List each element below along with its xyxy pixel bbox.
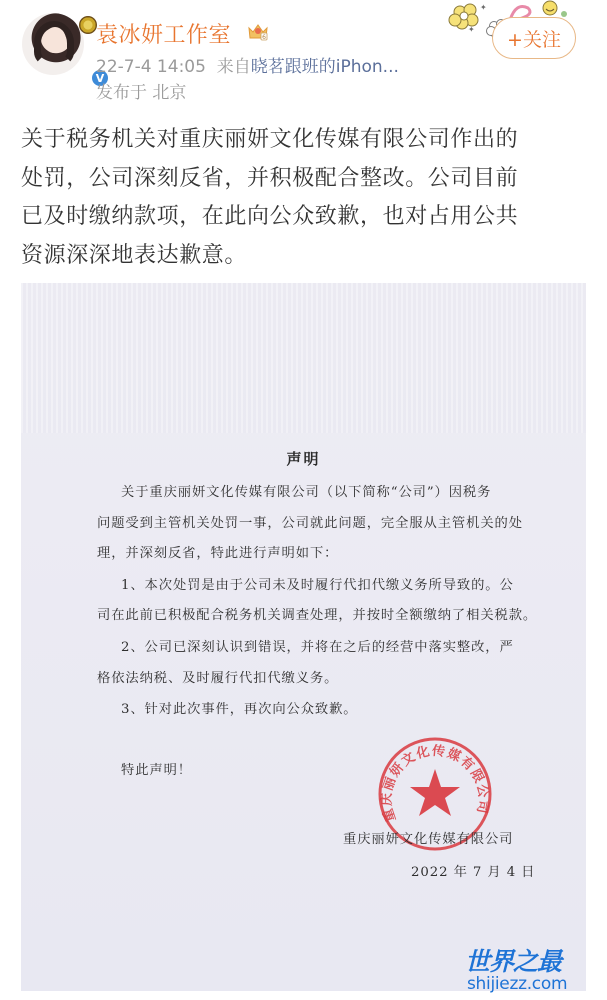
document-title: 声明 bbox=[21, 448, 586, 469]
svg-text:6: 6 bbox=[262, 34, 266, 41]
statement-document-image[interactable]: 声明 关于重庆丽妍文化传媒有限公司（以下简称“公司”）因税务 问题受到主管机关处… bbox=[21, 283, 586, 991]
document-line: 3、针对此次事件，再次向公众致歉。 bbox=[121, 698, 358, 717]
svg-text:✦: ✦ bbox=[468, 25, 475, 34]
document-line: 关于重庆丽妍文化传媒有限公司（以下简称“公司”）因税务 bbox=[121, 481, 491, 500]
author-avatar[interactable]: V bbox=[22, 13, 84, 75]
follow-button[interactable]: +关注 bbox=[492, 17, 576, 59]
document-line: 问题受到主管机关处罚一事，公司就此问题，完全服从主管机关的处 bbox=[97, 512, 523, 531]
document-line: 司在此前已积极配合税务机关调查处理，并按时全额缴纳了相关税款。 bbox=[97, 604, 537, 623]
post-meta: 22-7-4 14:05 来自晓茗跟班的iPhon... bbox=[96, 52, 399, 77]
post-text-line: 资源深深地表达歉意。 bbox=[21, 237, 587, 276]
source-prefix: 来自 bbox=[217, 57, 251, 77]
watermark-cn: 世界之最 bbox=[465, 942, 561, 978]
post-header: V 袁冰妍工作室 6 22-7-4 14:05 来自晓茗跟班的iPhon... … bbox=[0, 0, 607, 110]
watermark-en: shijiezz.com bbox=[467, 974, 567, 994]
site-watermark: 世界之最 shijiezz.com bbox=[465, 942, 605, 998]
document-line: 格依法纳税、及时履行代扣代缴义务。 bbox=[97, 667, 338, 686]
post-timestamp: 22-7-4 14:05 bbox=[96, 57, 206, 77]
document-line: 2、公司已深刻认识到错误，并将在之后的经营中落实整改，严 bbox=[121, 636, 514, 655]
document-line: 理，并深刻反省，特此进行声明如下： bbox=[97, 542, 338, 561]
document-line: 1、本次处罚是由于公司未及时履行代扣代缴义务所导致的。公 bbox=[121, 574, 514, 593]
source-device-link[interactable]: 晓茗跟班的iPhon... bbox=[251, 57, 399, 77]
avatar-accessory-icon bbox=[79, 16, 97, 34]
document-line: 特此声明！ bbox=[121, 759, 192, 778]
avatar-face bbox=[44, 27, 66, 53]
svg-text:✦: ✦ bbox=[480, 3, 487, 12]
post-body: 关于税务机关对重庆丽妍文化传媒有限公司作出的 处罚，公司深刻反省，并积极配合整改… bbox=[21, 121, 587, 275]
post-location: 发布于 北京 bbox=[96, 78, 186, 103]
document-date: 2022 年 7 月 4 日 bbox=[411, 861, 535, 880]
post-text-line: 关于税务机关对重庆丽妍文化传媒有限公司作出的 bbox=[21, 121, 587, 160]
post-text-line: 已及时缴纳款项，在此向公众致歉，也对占用公共 bbox=[21, 198, 587, 237]
author-name[interactable]: 袁冰妍工作室 bbox=[96, 18, 231, 49]
post-text-line: 处罚，公司深刻反省，并积极配合整改。公司目前 bbox=[21, 160, 587, 199]
crown-icon: 6 bbox=[247, 21, 269, 41]
document-signature: 重庆丽妍文化传媒有限公司 bbox=[343, 828, 513, 847]
